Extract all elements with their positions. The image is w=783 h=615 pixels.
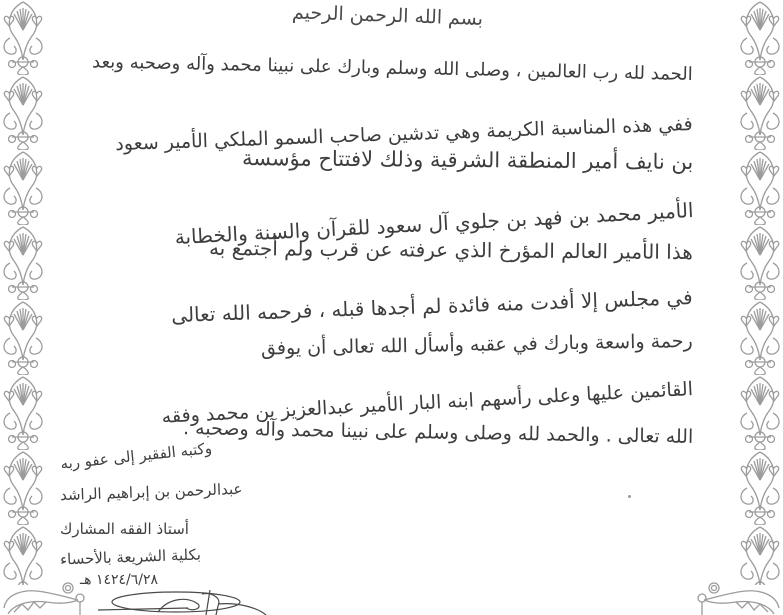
hijri-date: ١٤٢٤/٦/٢٨ هـ [80,572,158,588]
palmette-pattern-icon [737,0,783,585]
author-title: أستاذ الفقه المشارك [60,520,189,538]
letter-body-line: الحمد لله رب العالمين ، وصلى الله وسلم و… [92,51,693,85]
letter-body-line: هذا الأمير العالم المؤرخ الذي عرفته عن ق… [209,236,693,264]
palmette-pattern-icon [0,0,46,585]
author-name: عبدالرحمن بن إبراهيم الراشد [60,480,243,504]
letter-body-line: رحمة واسعة وبارك في عقبه وأسأل الله تعال… [261,330,693,360]
author-institution: بكلية الشريعة بالأحساء [60,546,202,569]
left-ornamental-border [0,0,46,585]
signature-scribble-icon [98,590,268,615]
signature-block-line: وكتبه الفقير إلى عفو ربه [59,439,212,473]
handwritten-signature [98,590,268,615]
scan-speck [628,495,631,498]
bismillah-heading: بسم الله الرحمن الرحيم [292,1,484,30]
bottom-right-scroll-ornament [688,578,783,615]
letter-body-line: الله تعالى . والحمد لله وصلى وسلم على نب… [183,417,694,448]
letter-body-line: بن نايف أمير المنطقة الشرقية وذلك لافتتا… [242,146,694,174]
scroll-ornament-icon [688,578,783,615]
right-ornamental-border [737,0,783,585]
letter-body-line: في مجلس إلا أفدت منه فائدة لم أجدها قبله… [171,285,693,327]
